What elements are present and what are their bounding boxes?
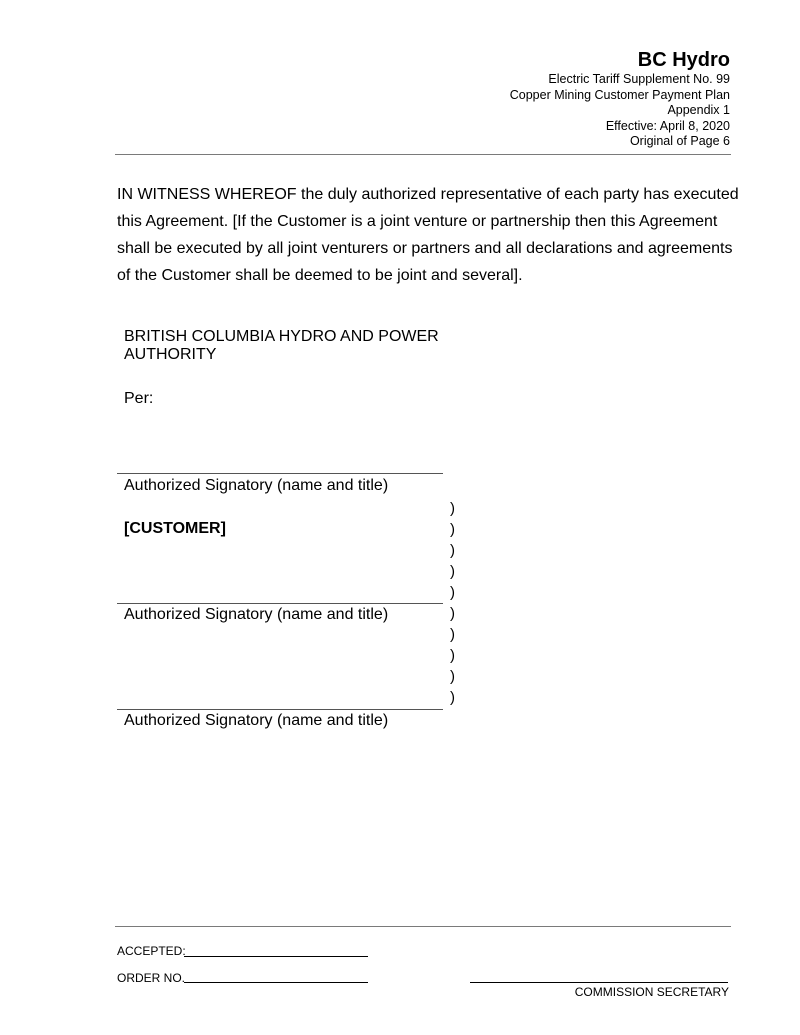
paragraph-line: this Agreement. [If the Customer is a jo… <box>117 208 737 235</box>
bracket-glyph: ) <box>450 624 455 645</box>
paragraph-line: shall be executed by all joint venturers… <box>117 235 737 262</box>
brand-title: BC Hydro <box>510 48 730 72</box>
signature-line-2[interactable] <box>117 603 443 604</box>
bracket-glyph: ) <box>450 540 455 561</box>
paragraph-line: IN WITNESS WHEREOF the duly authorized r… <box>117 181 737 208</box>
customer-label: [CUSTOMER] <box>124 520 226 538</box>
signature-line-3[interactable] <box>117 709 443 710</box>
party-name-line-1: BRITISH COLUMBIA HYDRO AND POWER <box>124 328 439 346</box>
bracket-glyph: ) <box>450 666 455 687</box>
header-plan-line: Copper Mining Customer Payment Plan <box>510 88 730 104</box>
signature-line-1[interactable] <box>117 473 443 474</box>
header-page-line: Original of Page 6 <box>510 134 730 150</box>
order-no-label: ORDER NO. <box>117 971 185 985</box>
bracket-glyph: ) <box>450 498 455 519</box>
party-name-line-2: AUTHORITY <box>124 346 216 364</box>
signatory-caption-3: Authorized Signatory (name and title) <box>124 712 388 730</box>
header-effective-line: Effective: April 8, 2020 <box>510 119 730 135</box>
header-divider <box>115 154 731 155</box>
header-appendix-line: Appendix 1 <box>510 103 730 119</box>
bracket-glyph: ) <box>450 519 455 540</box>
document-header: BC Hydro Electric Tariff Supplement No. … <box>510 48 730 150</box>
bracket-glyph: ) <box>450 687 455 708</box>
order-no-field[interactable] <box>184 982 368 983</box>
signatory-caption-2: Authorized Signatory (name and title) <box>124 606 388 624</box>
footer-divider <box>115 926 731 927</box>
header-tariff-line: Electric Tariff Supplement No. 99 <box>510 72 730 88</box>
signatory-caption-1: Authorized Signatory (name and title) <box>124 477 388 495</box>
secretary-signature-line[interactable] <box>470 982 728 983</box>
bracket-glyph: ) <box>450 582 455 603</box>
bracket-glyph: ) <box>450 603 455 624</box>
witness-paragraph: IN WITNESS WHEREOF the duly authorized r… <box>117 181 737 289</box>
commission-secretary-label: COMMISSION SECRETARY <box>575 985 729 999</box>
bracket-glyph: ) <box>450 645 455 666</box>
bracket-glyph: ) <box>450 561 455 582</box>
per-label: Per: <box>124 390 153 408</box>
paragraph-line: of the Customer shall be deemed to be jo… <box>117 262 737 289</box>
accepted-label: ACCEPTED: <box>117 944 186 958</box>
accepted-field[interactable] <box>184 956 368 957</box>
bracket-column: )))))))))) <box>450 498 455 708</box>
